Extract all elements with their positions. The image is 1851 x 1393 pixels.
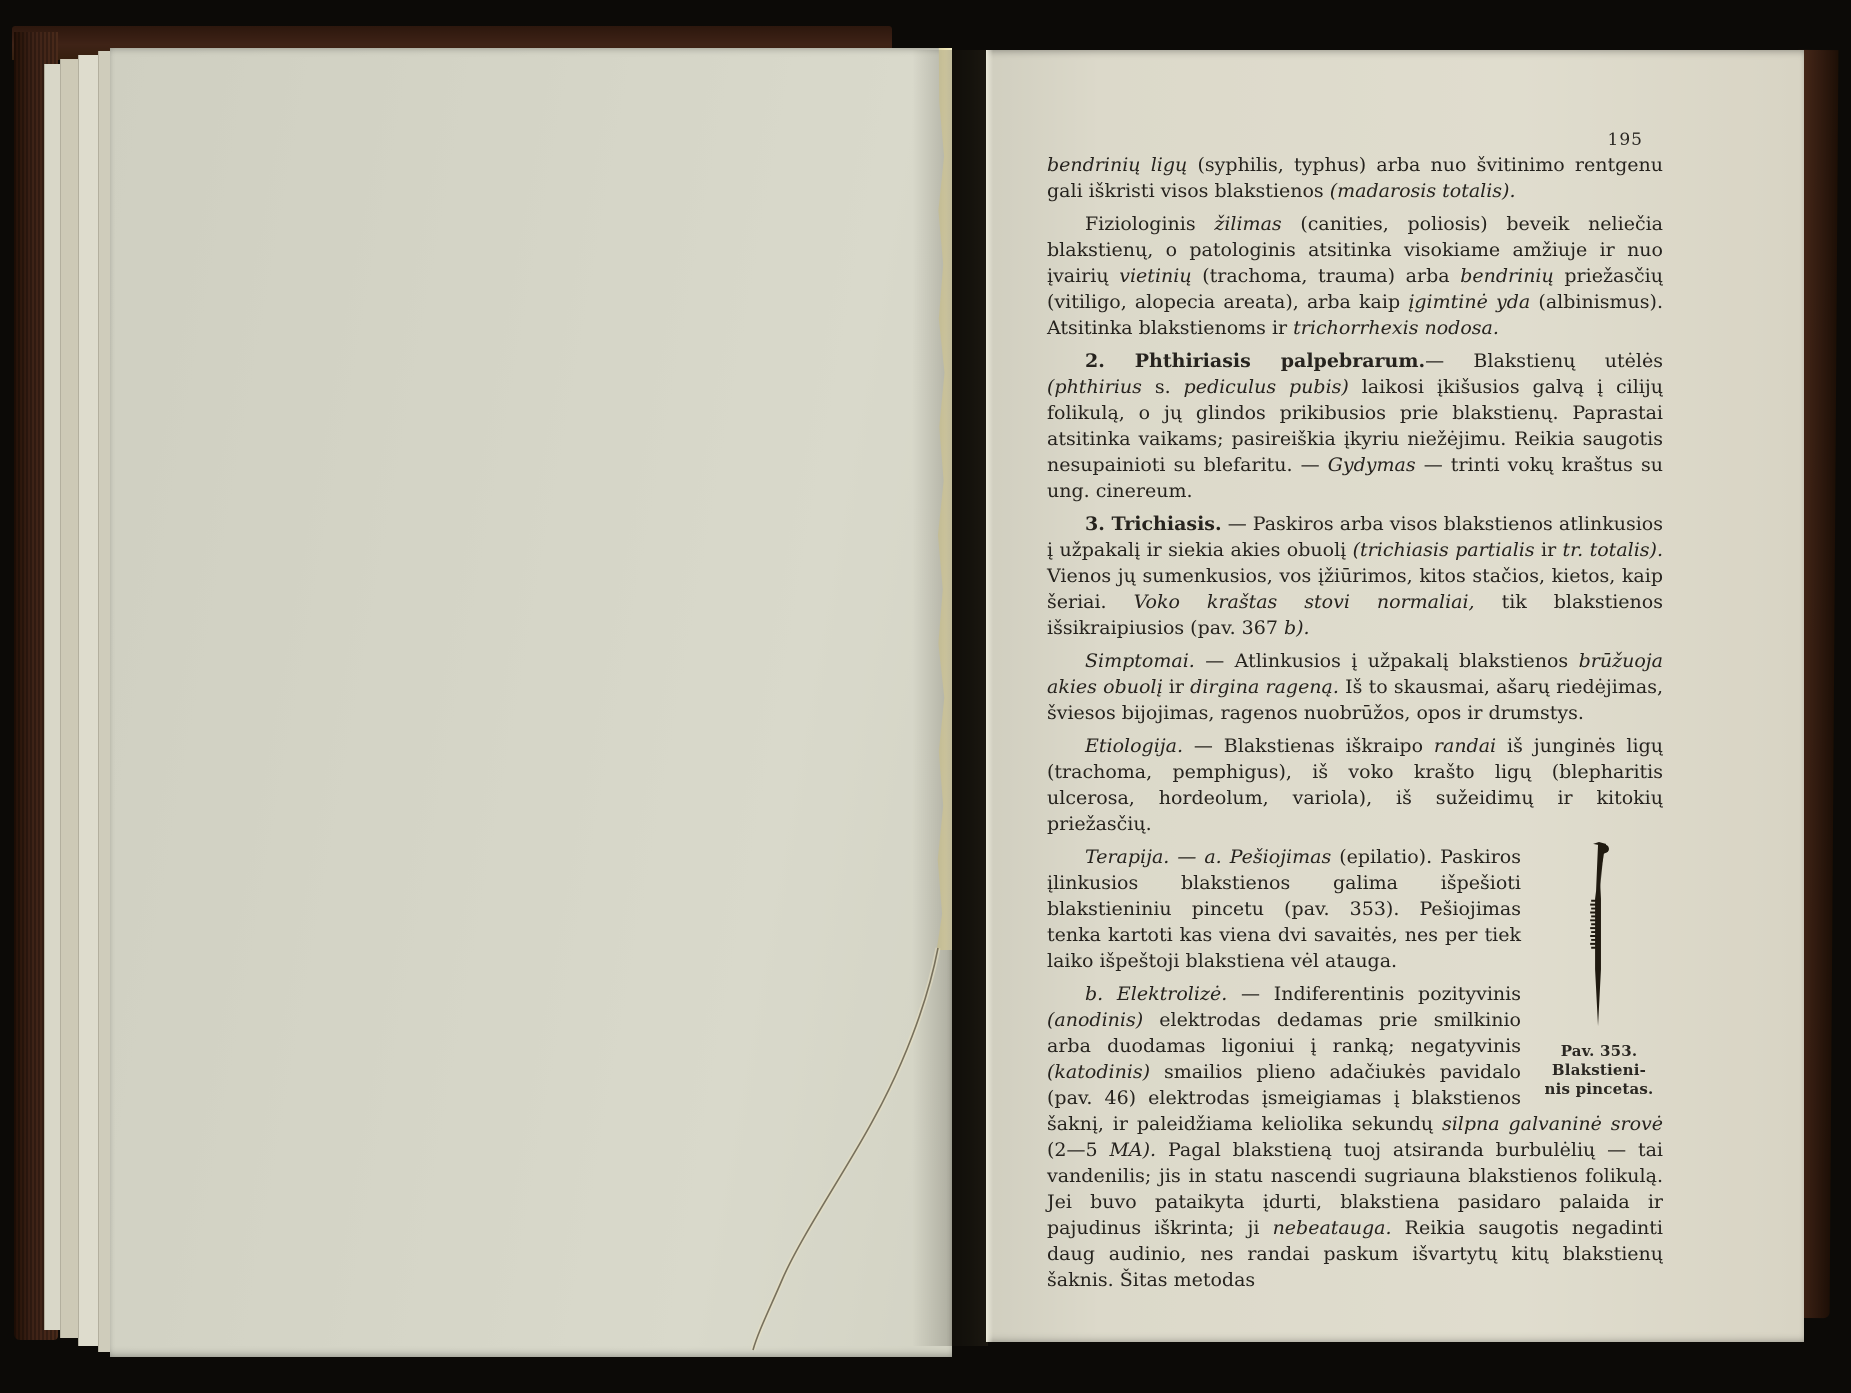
italic-text-run: tr. totalis). [1563,539,1663,561]
tweezers-illustration [1577,840,1621,1032]
bold-text-run: 3. Trichiasis. [1085,513,1222,535]
italic-text-run: b. Elektrolizė. [1085,983,1227,1005]
left-blank-page [110,48,952,1357]
italic-text-run: dirgina rageną. [1190,676,1339,698]
text-run: — Blakstienas iškraipo [1183,735,1434,757]
italic-text-run: vietinių [1119,265,1191,287]
italic-text-run: pediculus pubis) [1184,376,1349,398]
text-column: bendrinių ligų (syphilis, typhus) arba n… [1047,152,1663,1293]
italic-text-run: nebeatauga. [1273,1217,1392,1239]
figure-caption: Pav. 353. Blakstieni- nis pincetas. [1535,1042,1663,1099]
italic-text-run: silpna galvaninė srovė [1442,1113,1663,1135]
figure-caption-line: Pav. 353. [1535,1042,1663,1061]
bold-text-run: 2. Phthiriasis palpebrarum. [1085,350,1425,372]
book-photo: 195 bendrinių ligų (syphilis, typhus) ar… [0,0,1851,1393]
italic-text-run: įgimtinė yda [1408,291,1530,313]
page-stack-edge [78,55,99,1346]
paragraph: Pav. 353. Blakstieni- nis pincetas. Tera… [1047,844,1663,974]
text-run: — Indiferentinis pozityvinis [1227,983,1521,1005]
text-run: (trachoma, trauma) arba [1192,265,1461,287]
text-run: Fiziologinis [1085,213,1214,235]
figure-pav-353: Pav. 353. Blakstieni- nis pincetas. [1535,840,1663,1099]
italic-text-run: b). [1284,617,1310,639]
text-run: (2—5 [1047,1139,1109,1161]
paragraph: Simptomai. — Atlinkusios į užpakalį blak… [1047,648,1663,726]
paragraph: bendrinių ligų (syphilis, typhus) arba n… [1047,152,1663,204]
text-run: — Atlinkusios į užpakalį blakstienos [1195,650,1579,672]
italic-text-run: (phthirius [1047,376,1142,398]
text-run: ir [1535,539,1563,561]
italic-text-run: (katodinis) [1047,1061,1150,1083]
italic-text-run: Terapija. — a. Pešiojimas [1085,846,1331,868]
figure-caption-line: Blakstieni- [1535,1061,1663,1080]
italic-text-run: Voko kraštas stovi normaliai, [1134,591,1475,613]
paragraph: Etiologija. — Blakstienas iškraipo randa… [1047,733,1663,837]
text-run: ir [1163,676,1191,698]
italic-text-run: trichorrhexis nodosa. [1293,317,1499,339]
right-text-page: 195 bendrinių ligų (syphilis, typhus) ar… [986,50,1804,1342]
italic-text-run: bendrinių ligų [1047,154,1187,176]
italic-text-run: Simptomai. [1085,650,1195,672]
italic-text-run: žilimas [1214,213,1281,235]
page-stack-edge [60,59,79,1338]
italic-text-run: Etiologija. [1085,735,1183,757]
figure-caption-line: nis pincetas. [1535,1080,1663,1099]
text-run: s. [1142,376,1184,398]
paragraph: 2. Phthiriasis palpebrarum.— Blakstienų … [1047,348,1663,504]
paragraph: Fiziologinis žilimas (canities, poliosis… [1047,211,1663,341]
italic-text-run: randai [1434,735,1496,757]
italic-text-run: MA). [1109,1139,1156,1161]
italic-text-run: (madarosis totalis). [1330,180,1516,202]
italic-text-run: (anodinis) [1047,1009,1143,1031]
italic-text-run: Gydymas [1328,454,1416,476]
page-stack-edge [44,64,61,1330]
page-number: 195 [1608,130,1643,150]
book-gutter-shadow [912,50,988,1346]
text-run: — Blakstienų utėlės [1425,350,1663,372]
italic-text-run: bendrinių [1460,265,1554,287]
italic-text-run: (trichiasis partialis [1353,539,1535,561]
paragraph: 3. Trichiasis. — Paskiros arba visos bla… [1047,511,1663,641]
